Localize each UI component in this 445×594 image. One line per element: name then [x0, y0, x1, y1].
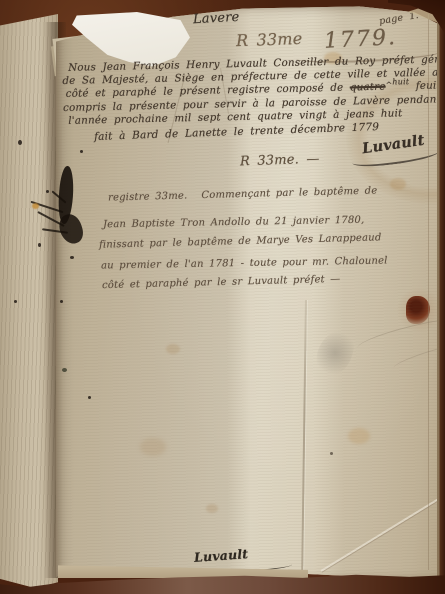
opening-paragraph: Nous Jean François Henry Luvault Conseil…: [62, 52, 445, 128]
page-edge-crease: [428, 14, 429, 570]
red-stain-halo: [396, 288, 442, 332]
ink-speck: [70, 256, 74, 259]
margin-note: registre 33me.: [108, 190, 188, 203]
ink-showthrough-mark: [356, 313, 445, 356]
ink-speck: [88, 396, 91, 399]
ink-speck: [330, 452, 333, 455]
vertical-crease: [301, 300, 307, 582]
registry-mark-faded: R 33me: [236, 29, 303, 50]
stain: [348, 428, 370, 444]
insertion-caret: ^: [385, 81, 392, 90]
gray-smudge: [312, 326, 359, 380]
registry-reference: R 33me. —: [240, 152, 320, 170]
stain: [140, 438, 166, 456]
ink-speck: [60, 300, 63, 303]
manuscript-photo: Lavere page 1. R 33me 1779. Nous Jean Fr…: [0, 0, 445, 594]
struck-word: quatre: [350, 81, 386, 94]
ink-speck: [62, 368, 67, 372]
amber-spot: [32, 203, 39, 209]
ink-speck: [18, 140, 22, 145]
ink-speck: [14, 300, 17, 303]
ink-speck: [38, 243, 41, 247]
right-cover-edge: [437, 0, 445, 594]
stain: [166, 344, 180, 354]
place-name: Lavere: [193, 10, 240, 27]
ink-speck: [46, 190, 49, 193]
diagonal-crease: [320, 467, 445, 572]
red-ink-stain: [406, 296, 430, 324]
stain: [206, 504, 218, 513]
ink-speck: [80, 150, 83, 153]
stain: [390, 178, 406, 190]
inserted-word: huit: [392, 78, 409, 87]
